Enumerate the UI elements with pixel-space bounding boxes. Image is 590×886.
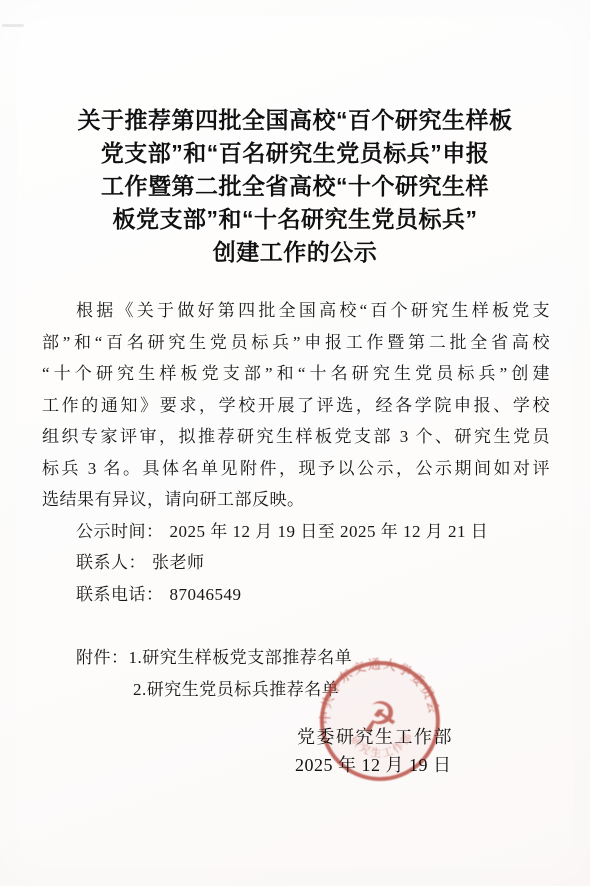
contact-phone-value: 87046549 <box>170 585 242 604</box>
body-text: 根据《关于做好第四批全国高校“百个研究生样板党支 部”和“百名研究生党员标兵”申… <box>42 295 550 705</box>
publicity-period-line: 公示时间：2025 年 12 月 19 日至 2025 年 12 月 21 日 <box>76 516 550 548</box>
attachments-label: 附件： <box>76 648 129 667</box>
body-line: “十个研究生样板党支部”和“十名研究生党员标兵”创建 <box>42 358 550 390</box>
contact-person-label: 联系人： <box>76 553 146 572</box>
body-line: 部”和“百名研究生党员标兵”申报工作暨第二批全省高校 <box>42 327 550 359</box>
contact-phone-line: 联系电话：87046549 <box>76 579 550 611</box>
title-line: 板党支部”和“十名研究生党员标兵” <box>0 203 590 236</box>
contact-person-value: 张老师 <box>152 553 205 572</box>
body-line: 选结果有异议，请向研工部反映。 <box>42 484 550 516</box>
publicity-period-value: 2025 年 12 月 19 日至 2025 年 12 月 21 日 <box>170 522 489 541</box>
scan-artifact-mark <box>2 24 24 27</box>
title-line: 党支部”和“百名研究生党员标兵”申报 <box>0 137 590 170</box>
body-line: 组织专家评审，拟推荐研究生样板党支部 3 个、研究生党员 <box>42 421 550 453</box>
title-line: 关于推荐第四批全国高校“百个研究生样板 <box>0 104 590 137</box>
title-line: 工作暨第二批全省高校“十个研究生样 <box>0 170 590 203</box>
document-title: 关于推荐第四批全国高校“百个研究生样板 党支部”和“百名研究生党员标兵”申报 工… <box>0 0 590 269</box>
title-line: 创建工作的公示 <box>0 236 590 269</box>
signature-department: 党委研究生工作部 <box>297 723 453 749</box>
publicity-period-label: 公示时间： <box>76 522 164 541</box>
signature-date: 2025 年 12 月 19 日 <box>295 751 452 777</box>
body-line: 根据《关于做好第四批全国高校“百个研究生样板党支 <box>42 295 550 327</box>
contact-person-line: 联系人：张老师 <box>76 547 550 579</box>
body-line: 工作的通知》要求，学校开展了评选，经各学院申报、学校 <box>42 390 550 422</box>
body-line: 标兵 3 名。具体名单见附件，现予以公示，公示期间如对评 <box>42 453 550 485</box>
attachments-section: 附件：1.研究生样板党支部推荐名单 2.研究生党员标兵推荐名单 <box>42 642 550 705</box>
document-page: 关于推荐第四批全国高校“百个研究生样板 党支部”和“百名研究生党员标兵”申报 工… <box>0 0 590 886</box>
contact-phone-label: 联系电话： <box>76 585 164 604</box>
